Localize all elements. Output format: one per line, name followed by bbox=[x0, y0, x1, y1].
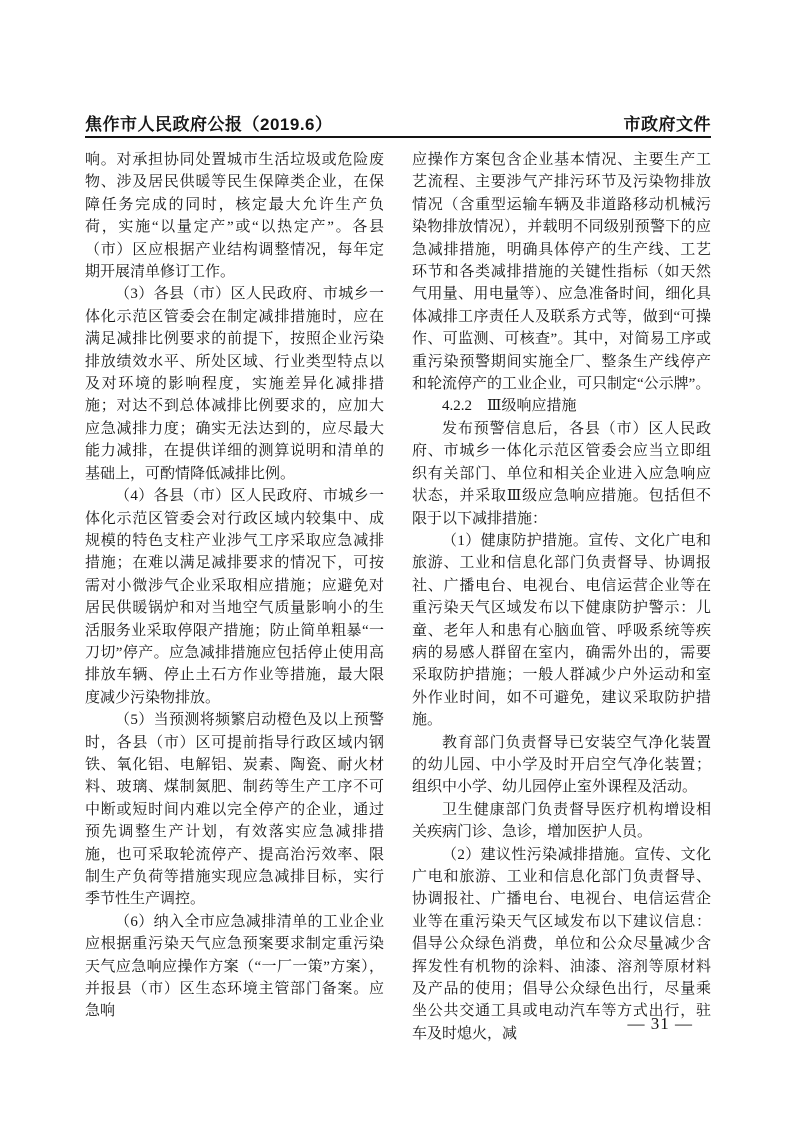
section-heading-4-2-2: 4.2.2 Ⅲ级响应措施 bbox=[412, 395, 711, 417]
right-column: 应操作方案包含企业基本情况、主要生产工艺流程、主要涉气产排污环节及污染物排放情况… bbox=[412, 149, 711, 1045]
paragraph-response-intro: 发布预警信息后，各县（市）区人民政府、市城乡一体化示范区管委会应当立即组织有关部… bbox=[412, 418, 711, 530]
paragraph-item-3: （3）各县（市）区人民政府、市城乡一体化示范区管委会在制定减排措施时，应在满足减… bbox=[85, 283, 384, 485]
paragraph-item-6: （6）纳入全市应急减排清单的工业企业应根据重污染天气应急预案要求制定重污染天气应… bbox=[85, 911, 384, 1023]
page-header: 焦作市人民政府公报（2019.6） 市政府文件 bbox=[85, 110, 711, 135]
paragraph-education: 教育部门负责督导已安装空气净化装置的幼儿园、中小学及时开启空气净化装置；组织中小… bbox=[412, 732, 711, 799]
page-number: — 31 — bbox=[628, 1014, 694, 1034]
body-columns: 响。对承担协同处置城市生活垃圾或危险废物、涉及居民供暖等民生保障类企业，在保障任… bbox=[85, 149, 711, 1045]
paragraph-health-dept: 卫生健康部门负责督导医疗机构增设相关疾病门诊、急诊，增加医护人员。 bbox=[412, 799, 711, 844]
document-page: 焦作市人民政府公报（2019.6） 市政府文件 响。对承担协同处置城市生活垃圾或… bbox=[0, 0, 793, 1122]
header-divider bbox=[85, 136, 711, 138]
left-column: 响。对承担协同处置城市生活垃圾或危险废物、涉及居民供暖等民生保障类企业，在保障任… bbox=[85, 149, 384, 1045]
paragraph-item-4: （4）各县（市）区人民政府、市城乡一体化示范区管委会对行政区域内较集中、成规模的… bbox=[85, 485, 384, 709]
section-label: 市政府文件 bbox=[624, 110, 712, 135]
paragraph-continuation: 应操作方案包含企业基本情况、主要生产工艺流程、主要涉气产排污环节及污染物排放情况… bbox=[412, 149, 711, 395]
paragraph-item-5: （5）当预测将频繁启动橙色及以上预警时，各县（市）区可提前指导行政区域内钢铁、氧… bbox=[85, 709, 384, 911]
paragraph-continuation: 响。对承担协同处置城市生活垃圾或危险废物、涉及居民供暖等民生保障类企业，在保障任… bbox=[85, 149, 384, 283]
publication-title: 焦作市人民政府公报（2019.6） bbox=[85, 110, 333, 135]
paragraph-item-1-health: （1）健康防护措施。宣传、文化广电和旅游、工业和信息化部门负责督导、协调报社、广… bbox=[412, 530, 711, 732]
